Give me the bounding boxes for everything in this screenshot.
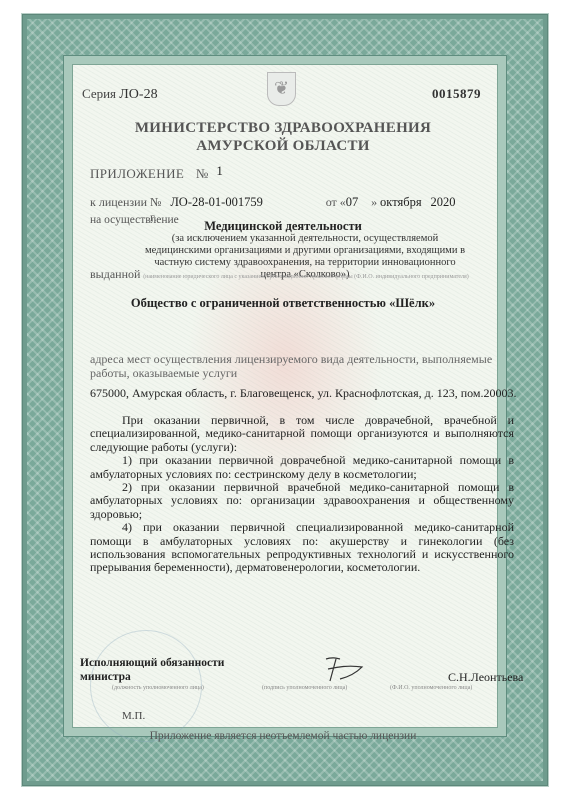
series-label: Серия [82, 86, 116, 101]
footer-note: Приложение является неотъемлемой частью … [0, 730, 566, 742]
organization-name: Общество с ограниченной ответственностью… [0, 296, 566, 311]
appendix-heading: ПРИЛОЖЕНИЕ № 1 [90, 166, 223, 182]
role-line1: Исполняющий обязанности [80, 656, 224, 670]
service-item: 4) при оказании первичной специализирова… [90, 521, 514, 575]
service-item: 2) при оказании первичной врачебной меди… [90, 481, 514, 521]
appendix-label: ПРИЛОЖЕНИЕ [90, 166, 184, 181]
address-value: 675000, Амурская область, г. Благовещенс… [90, 386, 520, 401]
day-close-quote: » [371, 195, 377, 209]
series: Серия ЛО-28 [82, 86, 158, 103]
service-item: 1) при оказании первичной доврачебной ме… [90, 454, 514, 481]
activity-title: Медицинской деятельности [0, 219, 566, 234]
license-label: к лицензии № [90, 195, 161, 209]
series-value: ЛО-28 [119, 87, 157, 102]
issued-hint: (наименование юридического лица с указан… [143, 274, 469, 280]
issued-to-label: выданной (наименование юридического лица… [90, 269, 510, 282]
license-day: 07 [346, 195, 359, 209]
coat-of-arms-icon: ❦ [267, 72, 296, 106]
ministry-title-line2: АМУРСКОЙ ОБЛАСТИ [0, 138, 566, 155]
license-year: 2020 [431, 195, 456, 209]
role-line2: министра [80, 670, 224, 684]
signatory-role: Исполняющий обязанности министра [80, 656, 224, 684]
signatory-name: С.Н.Леонтьева [448, 670, 523, 685]
caption-role: (должность уполномоченного лица) [112, 685, 204, 691]
caption-name: (Ф.И.О. уполномоченного лица) [390, 685, 472, 691]
number-sign: № [196, 166, 209, 181]
stamp-label: М.П. [122, 710, 145, 722]
handwritten-signature-icon [318, 655, 368, 685]
license-month: октября [380, 195, 422, 209]
address-label: адреса мест осуществления лицензируемого… [90, 352, 510, 380]
caption-signature: (подпись уполномоченного лица) [262, 685, 347, 691]
services-intro: При оказании первичной, в том числе довр… [90, 414, 514, 454]
appendix-number: 1 [216, 163, 223, 178]
license-number: ЛО-28-01-001759 [170, 195, 263, 209]
date-from-label: от « [326, 195, 346, 209]
form-number: 0015879 [432, 86, 481, 102]
issued-label: выданной [90, 267, 140, 281]
ministry-title-line1: МИНИСТЕРСТВО ЗДРАВООХРАНЕНИЯ [0, 120, 566, 137]
services-section: При оказании первичной, в том числе довр… [90, 414, 514, 575]
